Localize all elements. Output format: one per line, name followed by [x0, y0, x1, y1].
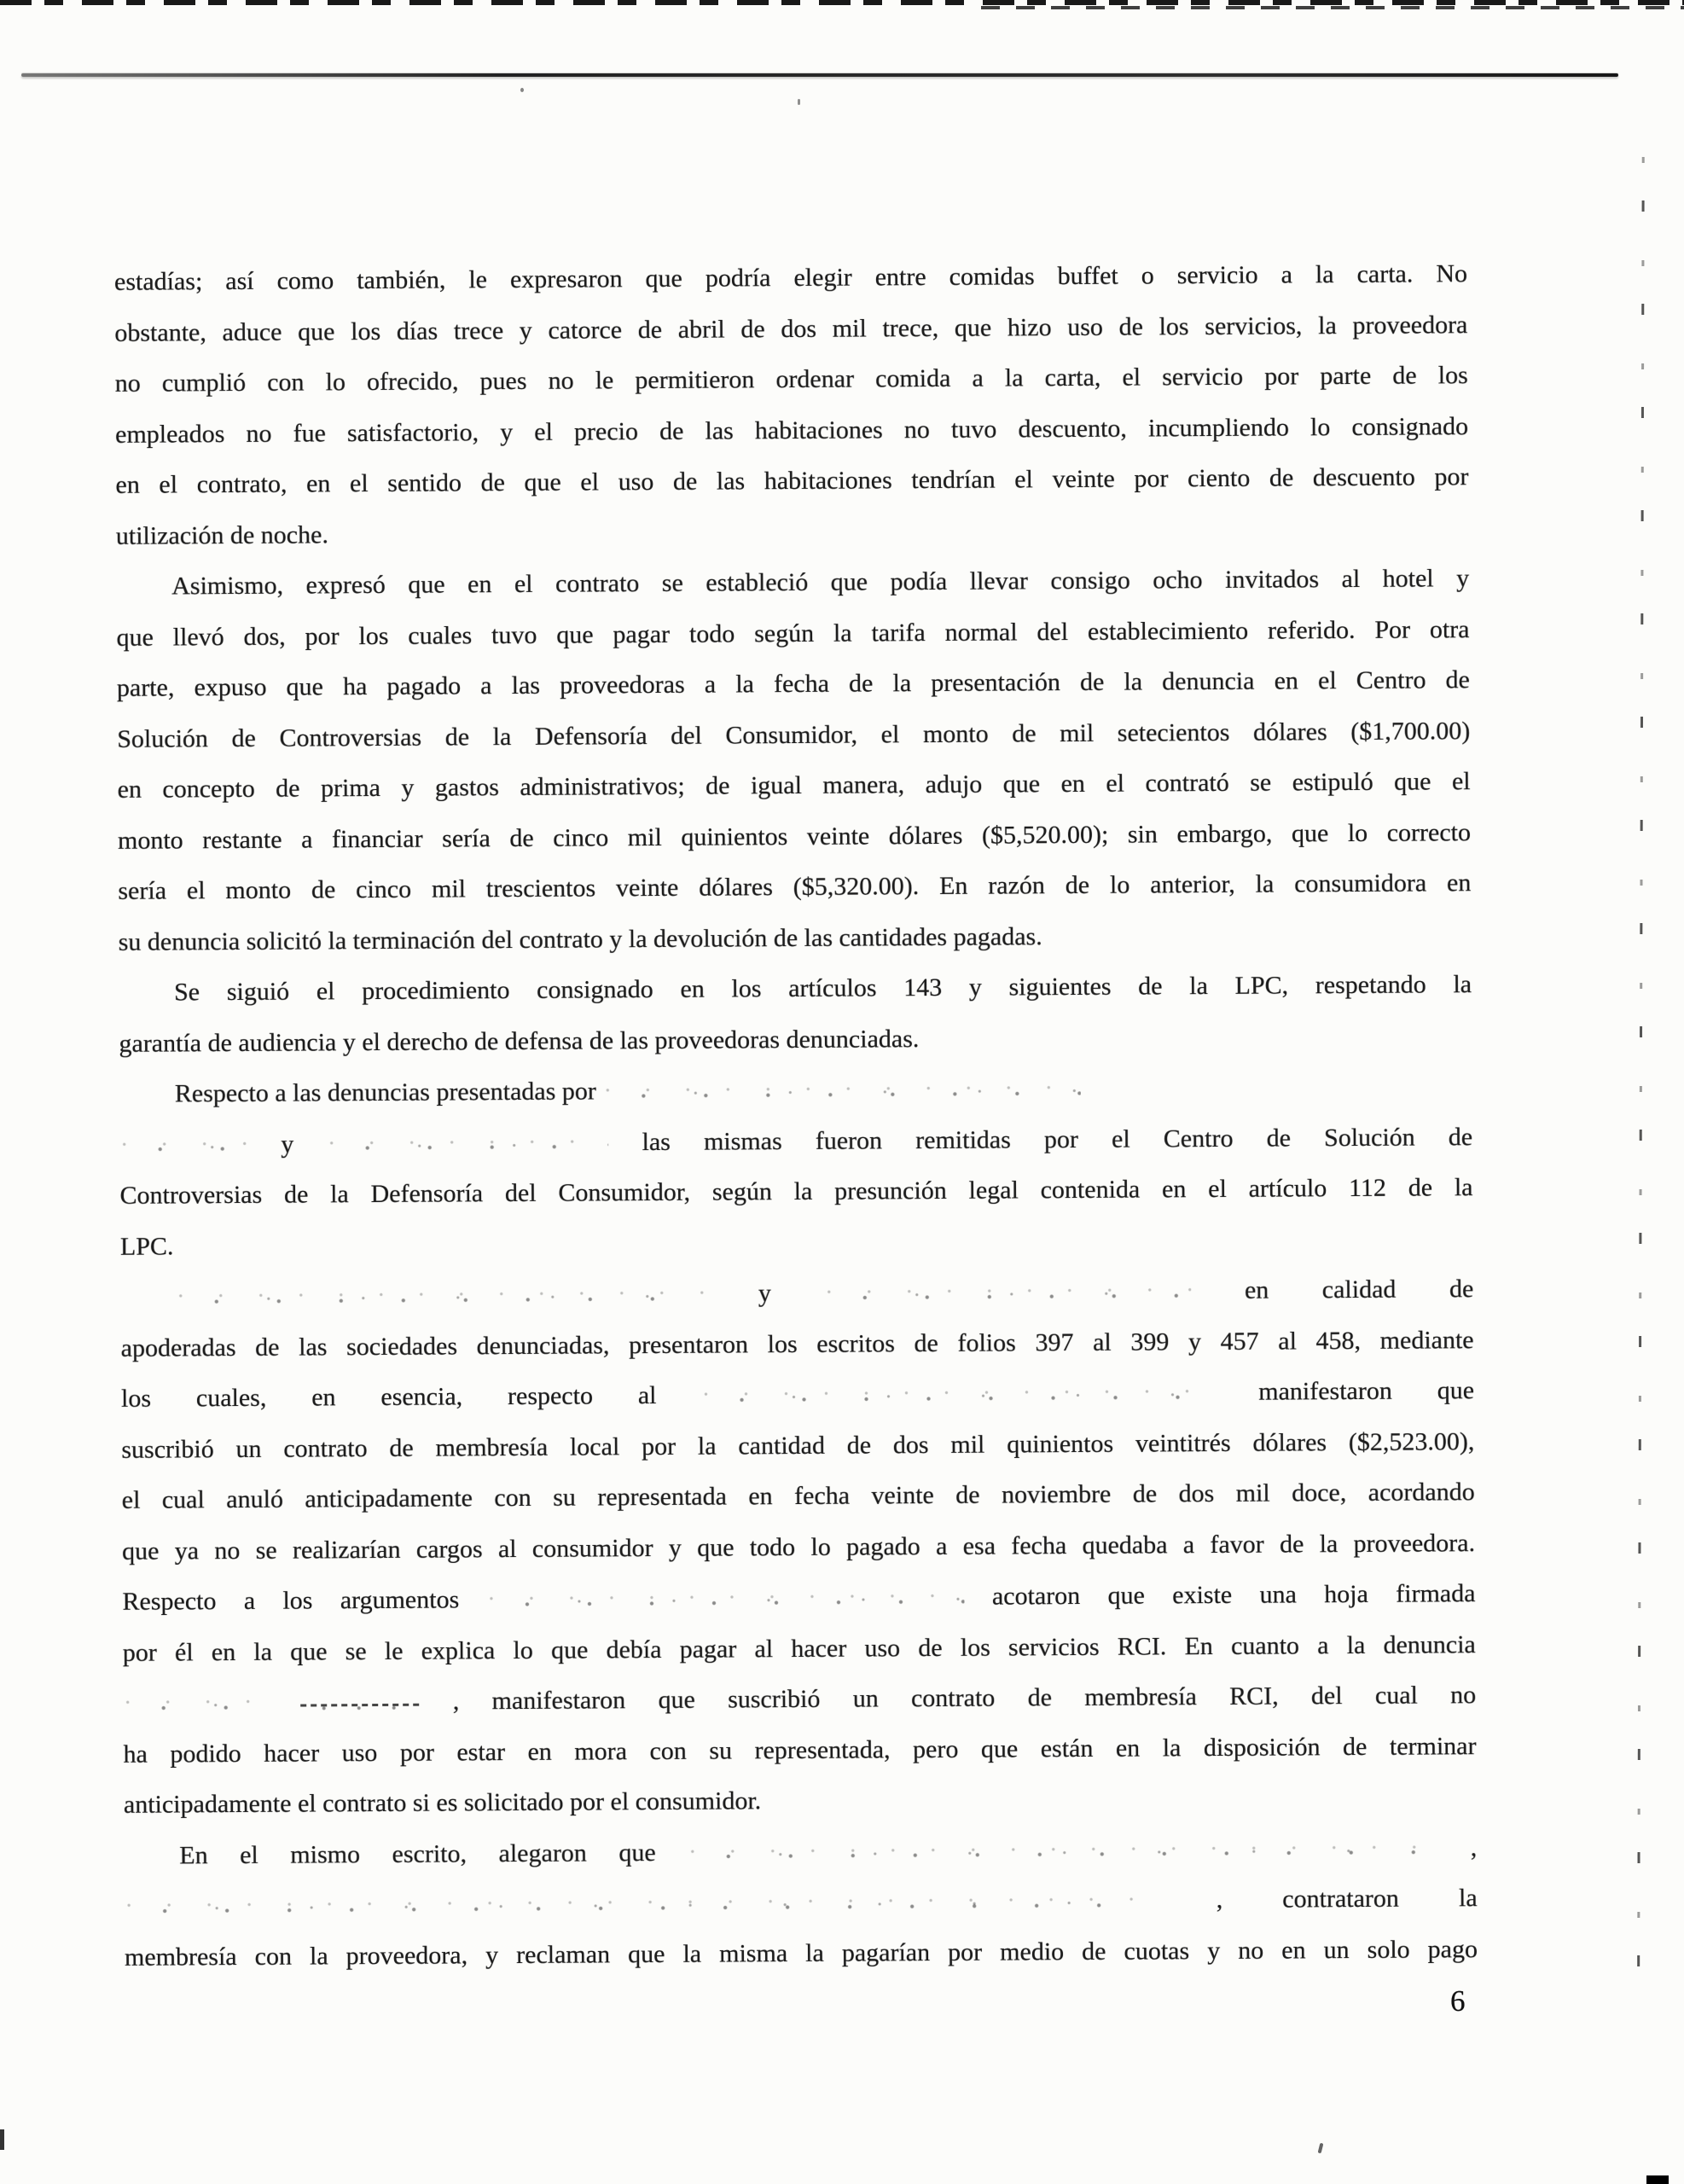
- text-segment: obstante, aduce que los días trece y cat…: [114, 311, 1467, 347]
- text-line: En el mismo escrito, alegaron que ,: [124, 1822, 1477, 1881]
- text-segment: ,: [1471, 1833, 1478, 1862]
- text-segment: Respecto a las denuncias presentadas por: [175, 1077, 596, 1107]
- redacted-text: [123, 1693, 268, 1717]
- scan-speck: [1318, 2143, 1324, 2154]
- text-line: , manifestaron que suscribió un contrato…: [123, 1670, 1476, 1728]
- text-line: ha podido hacer uso por estar en mora co…: [123, 1721, 1476, 1780]
- text-segment: Solución de Controversias de la Defensor…: [117, 717, 1470, 753]
- text-segment: en calidad de: [1245, 1275, 1474, 1304]
- text-line: membresía con la proveedora, y reclaman …: [125, 1924, 1478, 1983]
- text-segment: Asimismo, expresó que en el contrato se …: [171, 564, 1469, 600]
- text-segment: , manifestaron que suscribió un contrato…: [453, 1681, 1477, 1715]
- scan-artifact-top-edge-secondary: [981, 6, 1684, 9]
- text-segment: monto restante a financiar sería de cinc…: [118, 818, 1471, 855]
- text-line: estadías; así como también, le expresaro…: [114, 248, 1467, 307]
- text-segment: Respecto a los argumentos: [122, 1585, 459, 1615]
- text-line: sería el monto de cinco mil trescientos …: [118, 857, 1471, 916]
- text-line: , contrataron la: [124, 1873, 1477, 1931]
- text-line: por él en la que se le explica lo que de…: [123, 1619, 1476, 1678]
- text-segment: ha podido hacer uso por estar en mora co…: [123, 1732, 1476, 1769]
- text-line: el cual anuló anticipadamente con su rep…: [122, 1467, 1475, 1525]
- redacted-text: [119, 1135, 247, 1159]
- text-line: que llevó dos, por los cuales tuvo que p…: [116, 604, 1469, 663]
- text-segment: Se siguió el procedimiento consignado en…: [174, 970, 1472, 1006]
- text-line: en concepto de prima y gastos administra…: [117, 756, 1470, 815]
- text-segment: estadías; así como también, le expresaro…: [114, 259, 1467, 296]
- text-segment: empleados no fue satisfactorio, y el pre…: [115, 412, 1468, 449]
- text-segment: los cuales, en esencia, respecto al: [121, 1381, 657, 1413]
- text-segment: apoderadas de las sociedades denunciadas…: [121, 1326, 1474, 1362]
- text-line: Respecto a los argumentos acotaron que e…: [122, 1568, 1475, 1627]
- text-segment: sería el monto de cinco mil trescientos …: [118, 868, 1471, 905]
- text-segment: utilización de noche.: [116, 520, 328, 550]
- text-segment: en el contrato, en el sentido de que el …: [115, 462, 1468, 499]
- text-segment: , contrataron la: [1217, 1884, 1478, 1914]
- redacted-text: [327, 1133, 608, 1158]
- text-segment: por él en la que se le explica lo que de…: [123, 1630, 1476, 1667]
- text-segment: en concepto de prima y gastos administra…: [118, 767, 1471, 804]
- text-line: que ya no se realizarían cargos al consu…: [122, 1518, 1475, 1577]
- scan-artifact-left-edge-tick: [0, 2129, 4, 2150]
- redacted-text: [125, 1891, 1157, 1920]
- redacted-struck-text: [300, 1693, 420, 1716]
- text-segment: y: [758, 1279, 771, 1307]
- scan-artifact-top-edge: [0, 0, 1684, 5]
- scanned-page: estadías; así como también, le expresaro…: [0, 0, 1684, 2184]
- text-segment: que ya no se realizarían cargos al consu…: [122, 1529, 1475, 1565]
- text-segment: suscribió un contrato de membresía local…: [121, 1427, 1474, 1464]
- text-segment: manifestaron que: [1258, 1376, 1474, 1406]
- text-line: anticipadamente el contrato si es solici…: [124, 1771, 1477, 1830]
- scan-speck: [520, 88, 524, 92]
- text-line: y las mismas fueron remitidas por el Cen…: [119, 1112, 1472, 1170]
- redacted-text: [824, 1281, 1191, 1307]
- text-line: en el contrato, en el sentido de que el …: [115, 451, 1468, 510]
- page-number: 6: [1450, 1984, 1466, 2018]
- text-line: y en calidad de: [120, 1263, 1473, 1322]
- text-segment: el cual anuló anticipadamente con su rep…: [122, 1478, 1475, 1514]
- text-segment: membresía con la proveedora, y reclaman …: [125, 1935, 1478, 1972]
- text-line: garantía de audiencia y el derecho de de…: [119, 1010, 1472, 1069]
- text-line: Se siguió el procedimiento consignado en…: [119, 959, 1472, 1018]
- scan-speck: [798, 99, 800, 105]
- text-line: Controversias de la Defensoría del Consu…: [119, 1162, 1472, 1221]
- text-segment: y: [281, 1130, 293, 1158]
- scan-artifact-right-margin-line: [1637, 124, 1645, 1966]
- text-line: parte, expuso que ha pagado a las provee…: [117, 654, 1470, 713]
- text-line: Respecto a las denuncias presentadas por: [119, 1060, 1472, 1119]
- text-line: LPC.: [120, 1213, 1473, 1272]
- redacted-text: [487, 1588, 965, 1613]
- text-line: no cumplió con lo ofrecido, pues no le p…: [115, 350, 1468, 409]
- text-segment: LPC.: [120, 1232, 174, 1260]
- scan-artifact-corner-mark: [1646, 2175, 1669, 2184]
- text-line: suscribió un contrato de membresía local…: [121, 1416, 1474, 1475]
- redacted-text: [176, 1285, 705, 1311]
- scan-artifact-horizontal-line: [21, 73, 1618, 77]
- text-line: obstante, aduce que los días trece y cat…: [114, 299, 1467, 358]
- text-line: Solución de Controversias de la Defensor…: [117, 706, 1470, 764]
- redacted-text: [701, 1383, 1213, 1409]
- text-line: los cuales, en esencia, respecto al mani…: [121, 1365, 1474, 1424]
- redacted-text: [602, 1079, 1080, 1105]
- text-segment: acotaron que existe una hoja firmada: [992, 1579, 1476, 1610]
- text-line: Asimismo, expresó que en el contrato se …: [116, 553, 1469, 612]
- text-line: monto restante a financiar sería de cinc…: [118, 807, 1471, 866]
- text-segment: parte, expuso que ha pagado a las provee…: [117, 665, 1470, 702]
- text-segment: Controversias de la Defensoría del Consu…: [119, 1173, 1472, 1210]
- text-line: utilización de noche.: [116, 502, 1469, 561]
- redacted-text: [688, 1838, 1438, 1866]
- text-segment: En el mismo escrito, alegaron que: [179, 1838, 656, 1869]
- text-segment: que llevó dos, por los cuales tuvo que p…: [116, 615, 1469, 652]
- text-segment: su denuncia solicitó la terminación del …: [119, 922, 1042, 956]
- text-line: empleados no fue satisfactorio, y el pre…: [115, 401, 1468, 460]
- text-segment: garantía de audiencia y el derecho de de…: [119, 1025, 919, 1058]
- text-line: su denuncia solicitó la terminación del …: [119, 909, 1472, 967]
- text-segment: anticipadamente el contrato si es solici…: [124, 1786, 761, 1819]
- text-segment: no cumplió con lo ofrecido, pues no le p…: [115, 361, 1468, 398]
- text-line: apoderadas de las sociedades denunciadas…: [120, 1315, 1473, 1374]
- document-body: estadías; así como también, le expresaro…: [114, 248, 1478, 1983]
- text-segment: las mismas fueron remitidas por el Centr…: [642, 1123, 1472, 1156]
